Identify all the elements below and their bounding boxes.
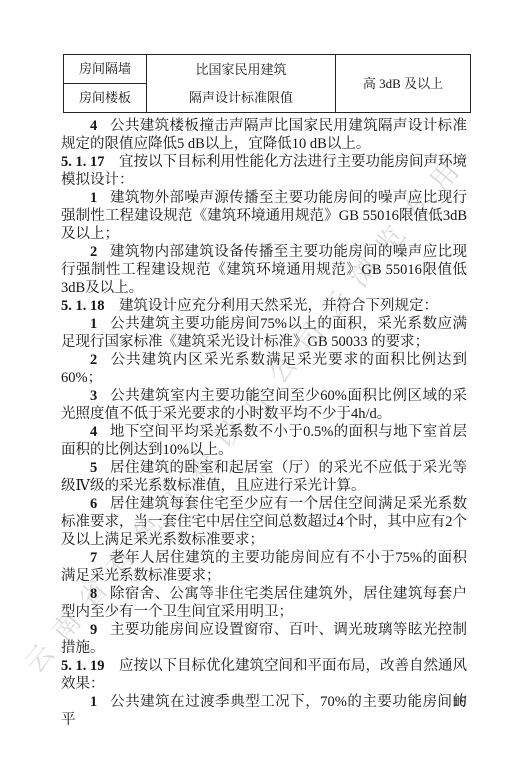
table-cell-value: 高 3dB 及以上 — [336, 55, 471, 113]
clause-paragraph: 3公共建筑室内主要功能空间至少60%面积比例区域的采光照度值不低于采光要求的小时… — [61, 387, 467, 423]
document-body: 4公共建筑楼板撞击声隔声比国家民用建筑隔声设计标准规定的限值应降低5 dB以上，… — [61, 117, 467, 729]
table-cell-criterion: 比国家民用建筑 隔声设计标准限值 — [147, 55, 336, 113]
section-heading-5-1-19: 5. 1. 19应按以下目标优化建筑空间和平面布局，改善自然通风效果： — [61, 657, 467, 693]
table-cell-room-partition: 房间隔墙 — [64, 55, 147, 84]
section-heading-5-1-18: 5. 1. 18建筑设计应充分利用天然采光，并符合下列规定： — [61, 297, 467, 315]
sound-insulation-table: 房间隔墙 比国家民用建筑 隔声设计标准限值 高 3dB 及以上 房间楼板 — [63, 54, 471, 113]
clause-paragraph: 2建筑物内部建筑设备传播至主要功能房间的噪声应比现行强制性工程建设规范《建筑环境… — [61, 243, 467, 297]
clause-paragraph: 1公共建筑主要功能房间75%以上的面积，采光系数应满足现行国家标准《建筑采光设计… — [61, 315, 467, 351]
table-row: 房间隔墙 比国家民用建筑 隔声设计标准限值 高 3dB 及以上 — [64, 55, 471, 84]
clause-paragraph: 5居住建筑的卧室和起居室（厅）的采光不应低于采光等级Ⅳ级的采光系数标准值，且应进… — [61, 459, 467, 495]
clause-paragraph: 6居住建筑每套住宅至少应有一个居住空间满足采光系数标准要求，当一套住宅中居住空间… — [61, 495, 467, 549]
page-number: 16 — [453, 694, 467, 710]
criterion-line-1: 比国家民用建筑 — [147, 56, 335, 84]
section-heading-5-1-17: 5. 1. 17宜按以下目标利用性能化方法进行主要功能房间声环境模拟设计： — [61, 153, 467, 189]
clause-paragraph: 4公共建筑楼板撞击声隔声比国家民用建筑隔声设计标准规定的限值应降低5 dB以上，… — [61, 117, 467, 153]
document-page: 云南省有色工程设计公司云浏览专用 房间隔墙 比国家民用建筑 隔声设计标准限值 高… — [0, 0, 528, 767]
clause-paragraph: 8除宿舍、公寓等非住宅类居住建筑外，居住建筑每套户型内至少有一个卫生间宜采用明卫… — [61, 585, 467, 621]
clause-paragraph: 2公共建筑内区采光系数满足采光要求的面积比例达到60%； — [61, 351, 467, 387]
clause-paragraph: 7老年人居住建筑的主要功能房间应有不小于75%的面积满足采光系数标准要求； — [61, 549, 467, 585]
clause-paragraph: 9主要功能房间应设置窗帘、百叶、调光玻璃等眩光控制措施。 — [61, 621, 467, 657]
table-cell-room-floor: 房间楼板 — [64, 84, 147, 113]
criterion-line-2: 隔声设计标准限值 — [147, 84, 335, 112]
clause-paragraph: 4地下空间平均采光系数不小于0.5%的面积与地下室首层面积的比例达到10%以上。 — [61, 423, 467, 459]
clause-paragraph: 1建筑物外部噪声源传播至主要功能房间的噪声应比现行强制性工程建设规范《建筑环境通… — [61, 189, 467, 243]
clause-paragraph: 1公共建筑在过渡季典型工况下，70%的主要功能房间的平 — [61, 693, 467, 729]
